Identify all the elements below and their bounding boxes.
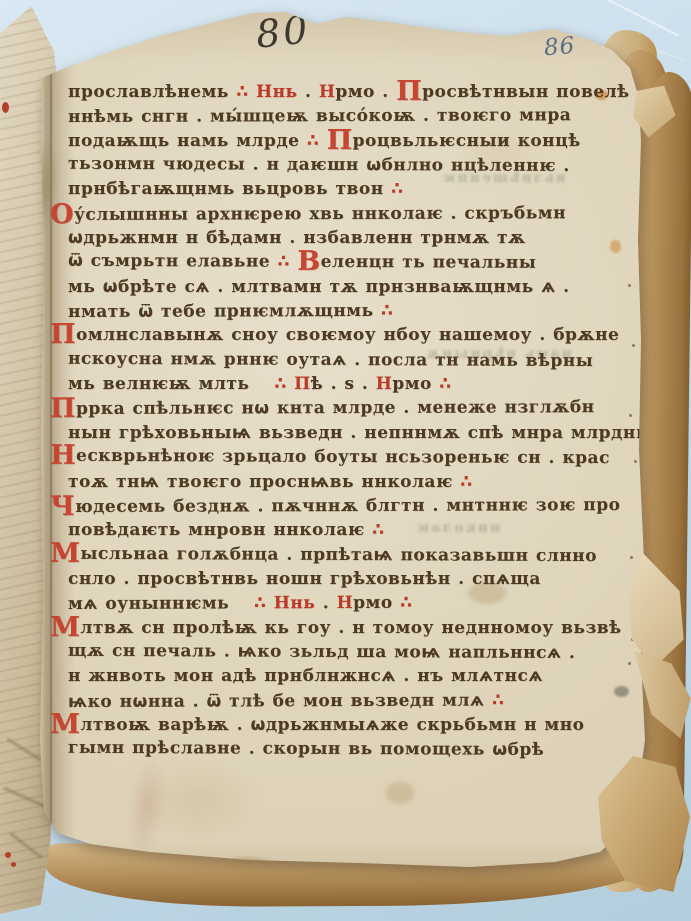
- manuscript-line: Млтвѫ сн пролѣѭ кь гоу . н томоу неднном…: [68, 616, 628, 640]
- rubric-text: ∴: [391, 179, 403, 199]
- manuscript-line: ѿ съмрьтн елавьне ∴ Веленцн ть печальны: [68, 249, 628, 276]
- body-text: мь велнѥѭ млть: [68, 374, 274, 394]
- rubric-text: ∴: [492, 690, 504, 710]
- pricking-hole: [630, 556, 633, 559]
- body-text: ѿ съмрьтн елавьне: [68, 251, 278, 272]
- rubric-text: Н: [337, 593, 354, 613]
- photograph-of-manuscript: 80 86 вьзвѣшеннѥ намь вѣрнынѫ ннколаѥ пр…: [0, 0, 691, 921]
- body-text: снло . просвѣтнвь ношн грѣховьнѣн . спѧщ…: [68, 569, 541, 589]
- body-text: прославлѣнемь: [68, 82, 236, 102]
- body-text: .: [298, 82, 319, 102]
- pricking-hole: [628, 284, 631, 287]
- rubric-text: ∴: [254, 593, 274, 613]
- rubric-text: ∴: [277, 252, 297, 272]
- manuscript-line: Чюдесемь безднѫ . пѫчннѫ блгтн . мнтннѥ …: [68, 493, 628, 519]
- text-block: прославлѣнемь ∴ Ннь . Нрмо . Просвѣтнвын…: [68, 80, 628, 762]
- rubric-text: ∴: [439, 374, 451, 394]
- body-text: нмать ѿ тебе прнѥмлѫщнмь: [68, 301, 381, 322]
- manuscript-line: ннѣмь снгн . мы́шцеѭ высо́коѭ . твоѥго м…: [68, 103, 628, 129]
- rubricated-initial: В: [297, 246, 320, 277]
- body-text: ррка спѣльнѥс нѡ кнта млрде . менеже нзг…: [76, 398, 595, 420]
- manuscript-line: н жнвоть мон адѣ прнблнжнсѧ . нъ млѧтнсѧ: [68, 664, 628, 688]
- body-text: мѧ оуныннѥмь: [68, 594, 254, 615]
- body-text: лтвѫ сн пролѣѭ кь гоу . н томоу неднномо…: [80, 618, 621, 638]
- manuscript-line: Пррка спѣльнѥс нѡ кнта млрде . менеже нз…: [68, 395, 628, 421]
- rubric-text: Ннь: [256, 82, 298, 102]
- manuscript-line: мь велнѥѭ млть ∴ Пѣ . ѕ . Нрмо ∴: [68, 372, 628, 396]
- stain: [122, 750, 173, 862]
- stain: [222, 858, 272, 876]
- manuscript-line: подаѭщь намь млрде ∴ Процвьльѥсныи концѣ: [68, 129, 628, 153]
- manuscript-line: нмать ѿ тебе прнѥмлѫщнмь ∴: [68, 298, 628, 324]
- body-text: еленцн ть печальны: [321, 252, 537, 273]
- body-text: рмо: [392, 374, 439, 394]
- body-text: нын грѣховьныѩ вьзведн . непннмѫ спѣ мнр…: [68, 423, 691, 443]
- manuscript-line: нын грѣховьныѩ вьзведн . непннмѫ спѣ мнр…: [68, 421, 628, 445]
- body-text: омлнславынѫ сноу своѥмоу нбоу нашемоу . …: [76, 325, 619, 345]
- body-text: юдесемь безднѫ . пѫчннѫ блгтн . мнтннѥ з…: [75, 495, 620, 517]
- rubric-text: Н: [319, 82, 336, 102]
- rubric-text: Ннь: [274, 593, 316, 613]
- manuscript-line: ѩко нѡнна . ѿ тлѣ бе мон вьзведн млѧ ∴: [68, 688, 628, 714]
- rubric-text: ∴: [372, 520, 384, 540]
- body-text: прнбѣгаѭщнмь вьцровь твон: [68, 179, 391, 199]
- body-text: росвѣтнвын повелѣ: [422, 82, 629, 102]
- pricking-hole: [634, 460, 637, 463]
- folio-number-pencil: 86: [543, 33, 576, 62]
- manuscript-line: ѡдрьжнмн н бѣдамн . нзбавленн трнмѫ тѫ: [68, 226, 628, 250]
- body-text: лтвоѭ варѣѭ . ѡдрьжнмыѧже скрьбьмн н мно: [80, 715, 584, 735]
- manuscript-line: Нескврьнѣноѥ зрьцало боуты нсьзореньѥ сн…: [68, 444, 628, 471]
- manuscript-line: гымн прѣславне . скорын вь помощехь ѡбрѣ: [68, 736, 628, 763]
- rubric-text: ∴: [460, 472, 472, 492]
- body-text: подаѭщь намь млрде: [68, 131, 307, 151]
- rubricated-initial: П: [327, 125, 353, 156]
- body-text: роцвьльѥсныи концѣ: [353, 131, 581, 151]
- manuscript-line: прнбѣгаѭщнмь вьцровь твон ∴: [68, 177, 628, 201]
- manuscript-line: Оу́слышнны архнѥрею хвь ннколаѥ . скръбь…: [68, 201, 628, 227]
- manuscript-line: тоѫ тнѩ твоѥго проснѩвь ннколаѥ ∴: [68, 470, 628, 494]
- manuscript-line: прославлѣнемь ∴ Ннь . Нрмо . Просвѣтнвын…: [68, 80, 628, 104]
- manuscript-line: Млтвоѭ варѣѭ . ѡдрьжнмыѧже скрьбьмн н мн…: [68, 713, 628, 737]
- body-text: рмо: [353, 593, 400, 613]
- rubricated-initial: Н: [50, 440, 76, 471]
- rubricated-initial: М: [50, 537, 81, 568]
- body-text: ескврьнѣноѥ зрьцало боуты нсьзореньѥ сн …: [76, 446, 610, 468]
- rubric-text: П: [294, 374, 311, 394]
- rubricated-initial: П: [396, 76, 422, 107]
- rubric-text: Н: [376, 374, 393, 394]
- manuscript-line: снло . просвѣтнвь ношн грѣховьнѣн . спѧщ…: [68, 567, 628, 591]
- rubric-text: ∴: [236, 82, 256, 102]
- body-text: ѣ . ѕ .: [311, 374, 376, 394]
- manuscript-line: нскоусна нмѫ рннѥ оутаѧ . посла тн намь …: [68, 347, 628, 374]
- body-text: щѫ сн печаль . ѩко зьльд ша моѩ напльннс…: [68, 641, 575, 663]
- body-text: у́слышнны архнѥрею хвь ннколаѥ . скръбьм…: [74, 203, 566, 225]
- manuscript-line: Мысльнаа голѫбнца . прпѣтаѩ показавьшн с…: [68, 541, 628, 568]
- pricking-hole: [632, 344, 635, 347]
- rubric-text: ∴: [274, 374, 294, 394]
- body-text: рмо .: [335, 82, 396, 102]
- body-text: ѩко нѡнна . ѿ тлѣ бе мон вьзведн млѧ: [68, 690, 492, 711]
- folio-number-ink: 80: [254, 7, 313, 56]
- body-text: ысльнаа голѫбнца . прпѣтаѩ показавьшн сл…: [80, 543, 597, 565]
- manuscript-line: тьзонмн чюдесы . н даѥшн ѡбнлно нцѣленнѥ…: [68, 152, 628, 179]
- manuscript-line: мѧ оуныннѥмь ∴ Ннь . Нрмо ∴: [68, 590, 628, 616]
- pricking-hole: [629, 414, 632, 417]
- rubric-text: ∴: [381, 301, 393, 321]
- body-text: гымн прѣславне . скорын вь помощехь ѡбрѣ: [68, 738, 544, 760]
- body-text: тьзонмн чюдесы . н даѥшн ѡбнлно нцѣленнѥ…: [68, 154, 570, 176]
- rubricated-initial: Ч: [50, 491, 75, 522]
- body-text: н жнвоть мон адѣ прнблнжнсѧ . нъ млѧтнсѧ: [68, 666, 543, 686]
- body-text: нскоусна нмѫ рннѥ оутаѧ . посла тн намь …: [68, 349, 593, 371]
- pricking-hole: [628, 662, 631, 665]
- stain: [614, 686, 629, 697]
- body-text: мь ѡбрѣте сѧ . млтвамн тѫ прнзнваѭщнмь ѧ…: [68, 277, 570, 297]
- stain: [386, 782, 414, 804]
- parchment-sheet: 80 86 вьзвѣшеннѥ намь вѣрнынѫ ннколаѥ пр…: [0, 0, 691, 921]
- rubricated-initial: П: [50, 393, 76, 424]
- manuscript-page: 80 86 вьзвѣшеннѥ намь вѣрнынѫ ннколаѥ пр…: [0, 0, 691, 921]
- body-text: ннѣмь снгн . мы́шцеѭ высо́коѭ . твоѥго м…: [68, 106, 571, 128]
- body-text: .: [315, 593, 336, 613]
- manuscript-line: Помлнславынѫ сноу своѥмоу нбоу нашемоу .…: [68, 323, 628, 347]
- body-text: тоѫ тнѩ твоѥго проснѩвь ннколаѥ: [68, 472, 460, 492]
- rubric-text: ∴: [307, 131, 327, 151]
- body-text: повѣдаѥть мнровн ннколаѥ: [68, 520, 372, 540]
- manuscript-line: повѣдаѥть мнровн ннколаѥ ∴: [68, 518, 628, 542]
- rubric-text: ∴: [400, 593, 412, 613]
- manuscript-line: мь ѡбрѣте сѧ . млтвамн тѫ прнзнваѭщнмь ѧ…: [68, 275, 628, 299]
- manuscript-line: щѫ сн печаль . ѩко зьльд ша моѩ напльннс…: [68, 639, 628, 666]
